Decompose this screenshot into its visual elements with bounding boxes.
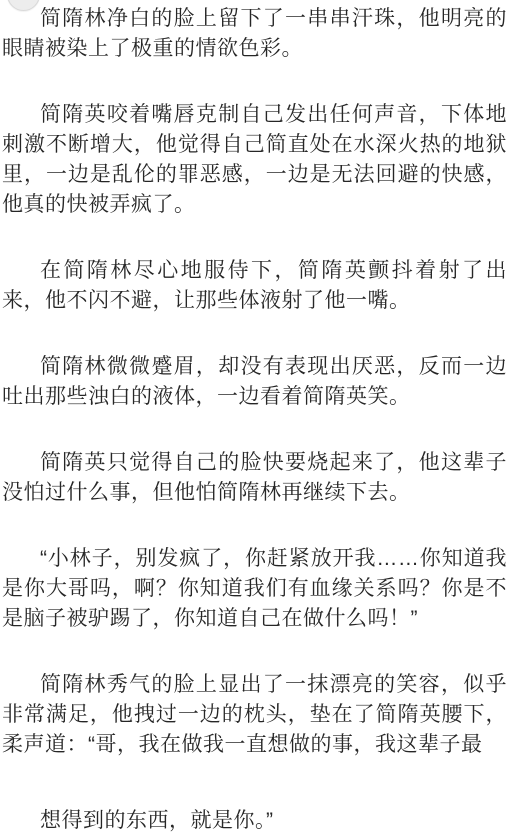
paragraph: 简隋林秀气的脸上显出了一抹漂亮的笑容，似乎非常满足，他拽过一边的枕头，垫在了简隋… <box>2 670 507 760</box>
paragraph: 简隋林微微蹙眉，却没有表现出厌恶，反而一边吐出那些浊白的液体，一边看着简隋英笑。 <box>2 352 507 412</box>
reader-page: 简隋林净白的脸上留下了一串串汗珠，他明亮的眼睛被染上了极重的情欲色彩。 简隋英咬… <box>0 0 510 833</box>
paragraph: 在简隋林尽心地服侍下，简隋英颤抖着射了出来，他不闪不避，让那些体液射了他一嘴。 <box>2 256 507 316</box>
paragraph: 简隋英只觉得自己的脸快要烧起来了，他这辈子没怕过什么事，但他怕简隋林再继续下去。 <box>2 448 507 508</box>
novel-text-body: 简隋林净白的脸上留下了一串串汗珠，他明亮的眼睛被染上了极重的情欲色彩。 简隋英咬… <box>2 4 507 833</box>
paragraph: 简隋林净白的脸上留下了一串串汗珠，他明亮的眼睛被染上了极重的情欲色彩。 <box>2 4 507 64</box>
paragraph: “小林子，别发疯了，你赶紧放开我……你知道我是你大哥吗，啊？你知道我们有血缘关系… <box>2 544 507 634</box>
paragraph: 简隋英咬着嘴唇克制自己发出任何声音，下体地刺激不断增大，他觉得自己简直处在水深火… <box>2 100 507 220</box>
paragraph: 想得到的东西，就是你。” <box>2 806 507 833</box>
